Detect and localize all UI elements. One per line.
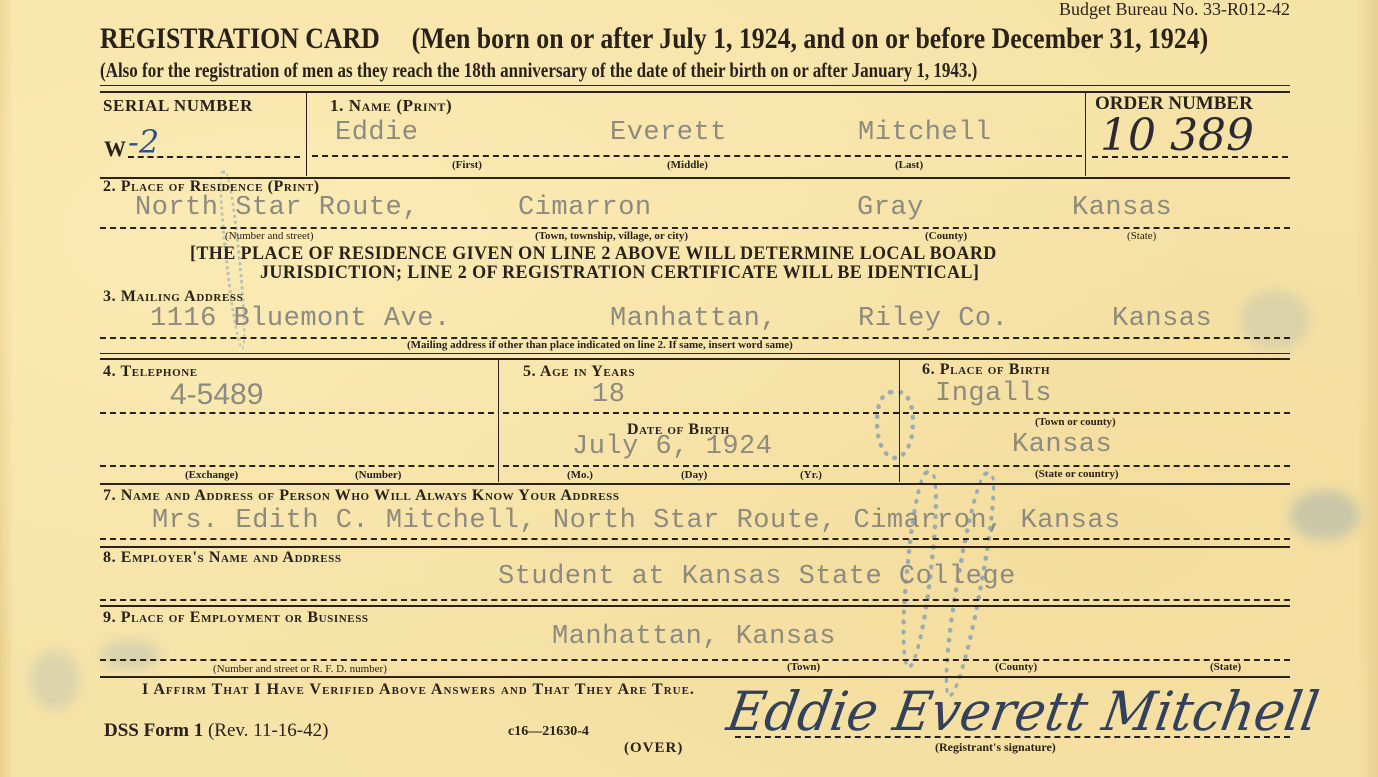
over-note: (OVER)	[624, 740, 683, 757]
residence-state-field[interactable]: Kansas	[1072, 193, 1172, 223]
mailing-town-field[interactable]: Manhattan,	[610, 304, 777, 334]
title-condition: (Men born on or after July 1, 1924, and …	[412, 22, 1209, 55]
contact-person-label: 7. Name and Address of Person Who Will A…	[103, 487, 620, 505]
last-caption: (Last)	[895, 159, 923, 171]
serial-prefix: W	[104, 136, 126, 162]
jurisdiction-notice-line2: JURISDICTION; LINE 2 OF REGISTRATION CER…	[260, 262, 979, 284]
employment-street-caption: (Number and street or R. F. D. number)	[213, 663, 387, 675]
blue-stamp-mark	[875, 390, 915, 460]
first-name-field[interactable]: Eddie	[335, 118, 419, 148]
budget-bureau-number: Budget Bureau No. 33-R012-42	[1059, 0, 1290, 20]
ink-stain	[1240, 290, 1310, 350]
residence-town-field[interactable]: Cimarron	[518, 193, 652, 223]
form-title: REGISTRATION CARD (Men born on or after …	[100, 22, 1208, 56]
county-caption: (County)	[925, 230, 967, 242]
employment-state-caption: (State)	[1210, 661, 1241, 673]
exchange-caption: (Exchange)	[185, 469, 238, 481]
form-name: DSS Form 1	[104, 720, 203, 741]
affirmation-statement: I Affirm That I Have Verified Above Answ…	[142, 681, 695, 699]
print-code: c16—21630-4	[508, 724, 589, 740]
order-number-value[interactable]: 10 389	[1100, 110, 1254, 161]
form-revision: (Rev. 11-16-42)	[208, 720, 328, 741]
last-name-field[interactable]: Mitchell	[858, 118, 992, 148]
name-label: 1. Name (Print)	[330, 96, 452, 116]
place-of-birth-label: 6. Place of Birth	[922, 361, 1050, 379]
town-or-county-caption: (Town or county)	[1035, 416, 1116, 428]
mailing-county-field[interactable]: Riley Co.	[858, 304, 1008, 334]
form-identifier: DSS Form 1 (Rev. 11-16-42)	[104, 720, 328, 742]
number-caption: (Number)	[355, 469, 401, 481]
street-caption: (Number and street)	[225, 230, 314, 242]
birth-state-field[interactable]: Kansas	[1012, 430, 1112, 460]
middle-caption: (Middle)	[667, 159, 708, 171]
signature-caption: (Registrant's signature)	[935, 740, 1056, 755]
ink-stain	[1290, 490, 1360, 540]
state-caption: (State)	[1127, 230, 1156, 242]
ink-stain	[30, 650, 80, 710]
employer-label: 8. Employer's Name and Address	[103, 549, 342, 567]
registrant-signature[interactable]: Eddie Everett Mitchell	[723, 680, 1323, 743]
first-caption: (First)	[452, 159, 482, 171]
age-label: 5. Age in Years	[523, 363, 635, 381]
residence-county-field[interactable]: Gray	[857, 193, 924, 223]
employment-town-caption: (Town)	[787, 661, 820, 673]
ink-stain	[100, 640, 160, 670]
month-caption: (Mo.)	[567, 469, 593, 481]
year-caption: (Yr.)	[800, 469, 822, 481]
day-caption: (Day)	[681, 469, 707, 481]
employment-place-field[interactable]: Manhattan, Kansas	[552, 622, 836, 652]
mailing-street-field[interactable]: 1116 Bluemont Ave.	[150, 304, 451, 334]
state-or-country-caption: (State or country)	[1035, 468, 1119, 480]
contact-person-field[interactable]: Mrs. Edith C. Mitchell, North Star Route…	[152, 506, 1121, 536]
title-text: REGISTRATION CARD	[100, 22, 380, 55]
residence-street-field[interactable]: North Star Route,	[135, 193, 419, 223]
mailing-caption: (Mailing address if other than place ind…	[407, 339, 793, 351]
form-subtitle: (Also for the registration of men as the…	[100, 58, 977, 83]
employer-field[interactable]: Student at Kansas State College	[498, 562, 1016, 592]
employment-county-caption: (County)	[995, 661, 1037, 673]
employment-place-label: 9. Place of Employment or Business	[103, 609, 369, 627]
serial-number-label: SERIAL NUMBER	[103, 96, 253, 116]
town-caption: (Town, township, village, or city)	[535, 230, 688, 242]
mailing-state-field[interactable]: Kansas	[1112, 304, 1212, 334]
age-field[interactable]: 18	[592, 380, 625, 410]
birth-town-field[interactable]: Ingalls	[935, 379, 1052, 409]
date-of-birth-field[interactable]: July 6, 1924	[572, 432, 772, 462]
telephone-field[interactable]: 4-5489	[170, 378, 263, 412]
middle-name-field[interactable]: Everett	[610, 118, 727, 148]
